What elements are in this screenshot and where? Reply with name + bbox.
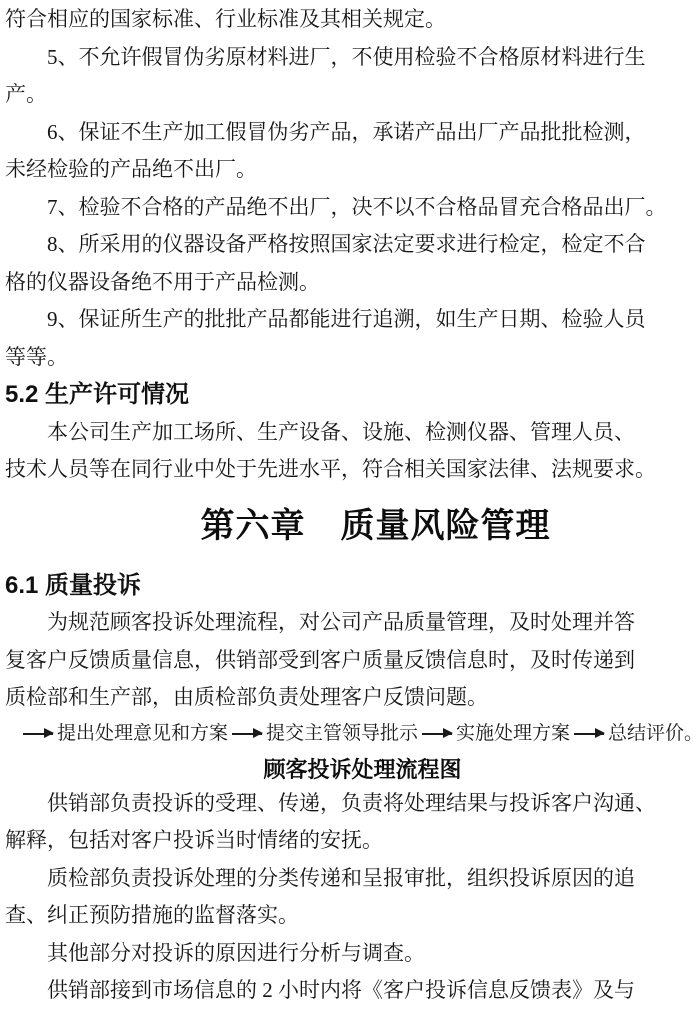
flow-arrow-icon: [574, 733, 604, 735]
list-item-5: 5、不允许假冒伪劣原材料进厂，不使用检验不合格原材料进行生 产。: [5, 39, 696, 114]
paragraph-feedback-form: 供销部接到市场信息的 2 小时内将《客户投诉信息反馈表》及与: [5, 972, 696, 1010]
flow-arrow-icon: [23, 733, 53, 735]
paragraph-qc-dept-duty: 质检部负责投诉处理的分类传递和呈报审批，组织投诉原因的追 查、纠正预防措施的监督…: [5, 860, 696, 935]
flow-step-label: 提交主管领导批示: [266, 721, 418, 747]
section-heading-5-2: 5.2 生产许可情况: [5, 376, 696, 414]
document-page: 符合相应的国家标准、行业标准及其相关规定。 5、不允许假冒伪劣原材料进厂，不使用…: [0, 0, 700, 1020]
flow-diagram-caption: 顾客投诉处理流程图: [5, 755, 696, 785]
section-heading-6-1: 6.1 质量投诉: [5, 567, 696, 605]
paragraph-other-dept-duty: 其他部分对投诉的原因进行分析与调查。: [5, 935, 696, 973]
flow-step-label: 总结评价。: [608, 721, 700, 747]
list-item-9: 9、保证所生产的批批产品都能进行追溯，如生产日期、检验人员 等等。: [5, 301, 696, 376]
flow-step-label: 提出处理意见和方案: [57, 721, 228, 747]
paragraph-intro-tail: 符合相应的国家标准、行业标准及其相关规定。: [5, 1, 696, 39]
section-6-1-body: 为规范顾客投诉处理流程，对公司产品质量管理，及时处理并答 复客户反馈质量信息，供…: [5, 604, 696, 717]
list-item-7: 7、检验不合格的产品绝不出厂，决不以不合格品冒充合格品出厂。: [5, 189, 696, 227]
flow-arrow-icon: [232, 733, 262, 735]
flow-arrow-icon: [422, 733, 452, 735]
list-item-6: 6、保证不生产加工假冒伪劣产品，承诺产品出厂产品批批检测， 未经检验的产品绝不出…: [5, 114, 696, 189]
flow-step-label: 实施处理方案: [456, 721, 570, 747]
complaint-process-flow: 提出处理意见和方案 提交主管领导批示 实施处理方案 总结评价。: [5, 721, 696, 747]
section-5-2-body: 本公司生产加工场所、生产设备、设施、检测仪器、管理人员、 技术人员等在同行业中处…: [5, 414, 696, 489]
list-item-8: 8、所采用的仪器设备严格按照国家法定要求进行检定，检定不合 格的仪器设备绝不用于…: [5, 226, 696, 301]
chapter-title: 第六章 质量风险管理: [5, 505, 696, 549]
paragraph-supply-dept-duty: 供销部负责投诉的受理、传递，负责将处理结果与投诉客户沟通、 解释，包括对客户投诉…: [5, 785, 696, 860]
